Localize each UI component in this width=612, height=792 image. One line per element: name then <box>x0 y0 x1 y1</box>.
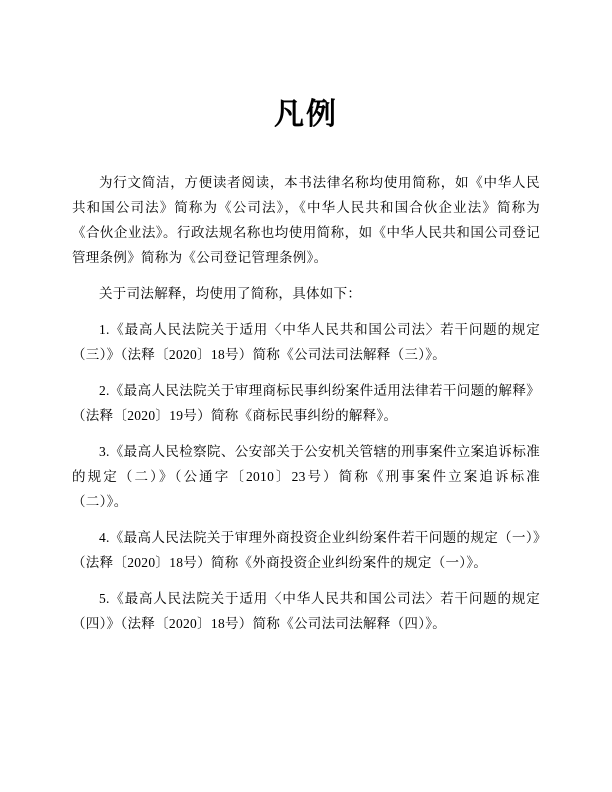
paragraph-judicial-interpretations-lead: 关于司法解释，均使用了简称，具体如下： <box>72 281 540 306</box>
list-item-1: 1.《最高人民法院关于适用〈中华人民共和国公司法〉若干问题的规定（三）》（法释〔… <box>72 317 540 367</box>
paragraph-intro-laws: 为行文简洁，方便读者阅读，本书法律名称均使用简称，如《中华人民共和国公司法》简称… <box>72 170 540 270</box>
list-item-4: 4.《最高人民法院关于审理外商投资企业纠纷案件若干问题的规定（一）》（法释〔20… <box>72 525 540 575</box>
page-title: 凡例 <box>72 100 540 130</box>
list-item-3: 3.《最高人民检察院、公安部关于公安机关管辖的刑事案件立案追诉标准的规定（二）》… <box>72 439 540 514</box>
list-item-5: 5.《最高人民法院关于适用〈中华人民共和国公司法〉若干问题的规定（四）》（法释〔… <box>72 586 540 636</box>
list-item-2: 2.《最高人民法院关于审理商标民事纠纷案件适用法律若干问题的解释》（法释〔202… <box>72 378 540 428</box>
document-page: 凡例 为行文简洁，方便读者阅读，本书法律名称均使用简称，如《中华人民共和国公司法… <box>0 0 612 792</box>
